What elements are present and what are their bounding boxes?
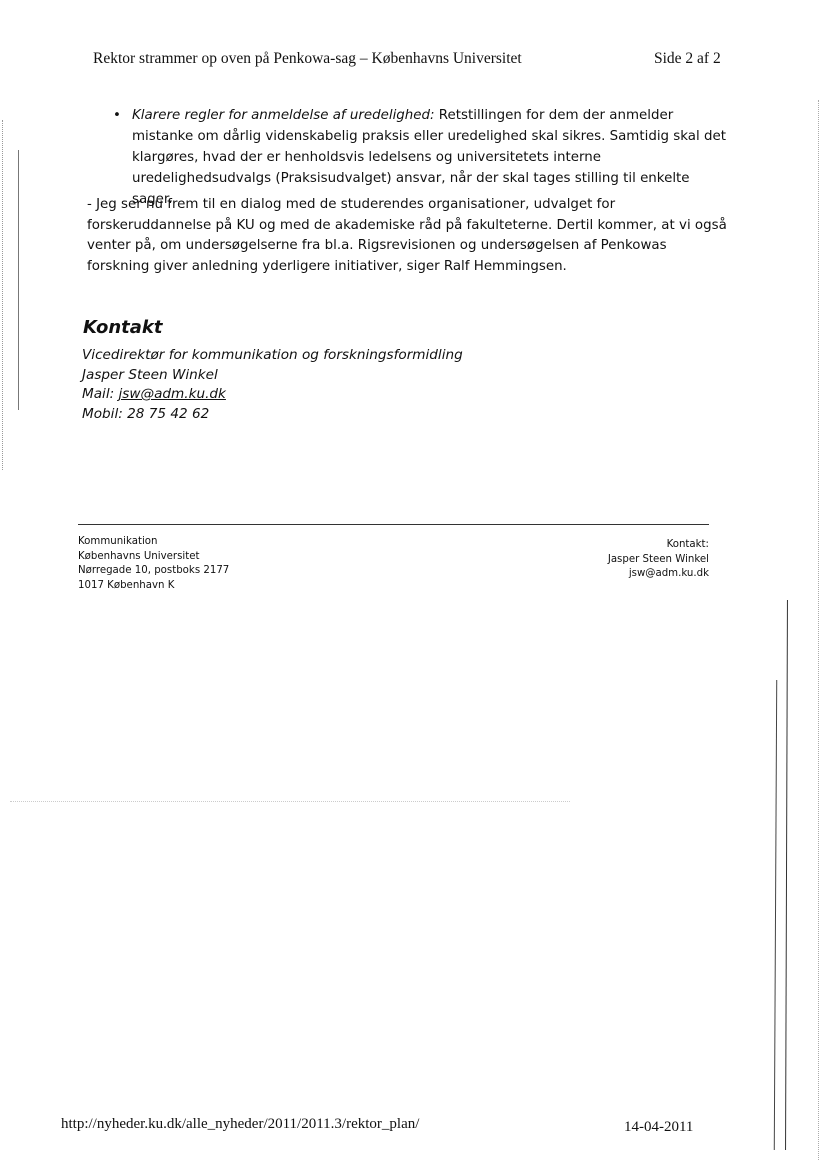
scan-artifact-line <box>818 100 819 1160</box>
kontakt-mobile: 28 75 42 62 <box>127 406 209 422</box>
quote-paragraph: - Jeg ser nu frem til en dialog med de s… <box>87 195 727 277</box>
scan-artifact-line <box>2 120 3 470</box>
footer-contact-line: Kontakt: <box>608 538 709 553</box>
footer-org-line: Kommunikation <box>78 535 229 550</box>
footer-contact: Kontakt: Jasper Steen Winkel jsw@adm.ku.… <box>608 538 709 582</box>
scan-artifact-line <box>10 801 570 802</box>
kontakt-details: Vicedirektør for kommunikation og forskn… <box>82 346 463 424</box>
footer-org-line: 1017 København K <box>78 579 229 594</box>
kontakt-name: Jasper Steen Winkel <box>82 366 463 386</box>
footer-contact-line: Jasper Steen Winkel <box>608 553 709 568</box>
kontakt-heading: Kontakt <box>83 317 162 338</box>
kontakt-role: Vicedirektør for kommunikation og forskn… <box>82 346 463 366</box>
print-footer-date: 14-04-2011 <box>624 1119 693 1136</box>
footer-divider <box>78 524 709 525</box>
footer-organization: Kommunikation Københavns Universitet Nør… <box>78 535 229 593</box>
page-number: Side 2 af 2 <box>654 50 721 68</box>
kontakt-mail-label: Mail: <box>82 386 119 402</box>
scan-artifact-line <box>785 600 788 1150</box>
kontakt-mobile-row: Mobil: 28 75 42 62 <box>82 405 463 425</box>
print-footer-url: http://nyheder.ku.dk/alle_nyheder/2011/2… <box>61 1116 419 1133</box>
scan-artifact-line <box>18 150 19 410</box>
kontakt-mail-row: Mail: jsw@adm.ku.dk <box>82 385 463 405</box>
kontakt-mobile-label: Mobil: <box>82 406 127 422</box>
scan-artifact-line <box>774 680 777 1150</box>
footer-org-line: Københavns Universitet <box>78 550 229 565</box>
bullet-lead: Klarere regler for anmeldelse af uredeli… <box>132 108 435 123</box>
bullet-icon: • <box>113 105 121 126</box>
footer-contact-line: jsw@adm.ku.dk <box>608 567 709 582</box>
kontakt-mail-link[interactable]: jsw@adm.ku.dk <box>119 386 226 402</box>
footer-org-line: Nørregade 10, postboks 2177 <box>78 564 229 579</box>
print-header-title: Rektor strammer op oven på Penkowa-sag –… <box>93 50 522 68</box>
